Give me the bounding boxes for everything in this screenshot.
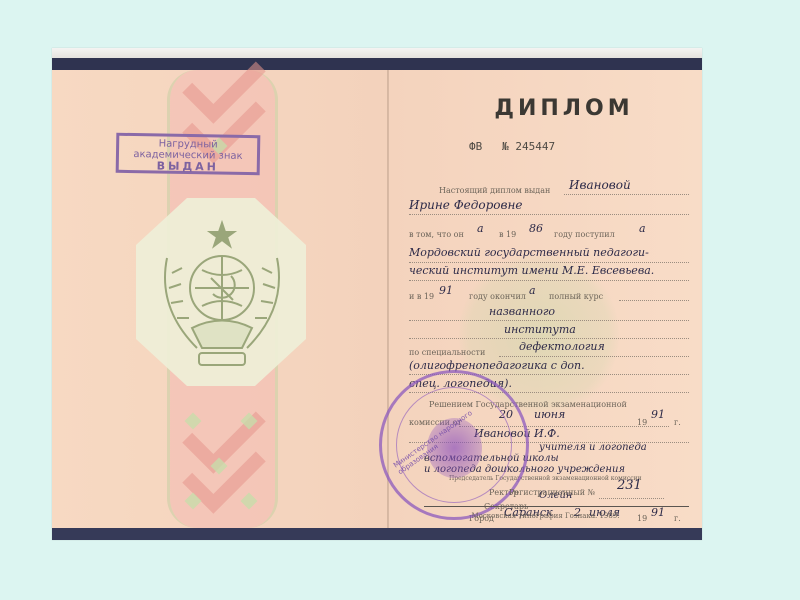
page-edge bbox=[52, 48, 702, 58]
bottom-rule bbox=[424, 506, 689, 507]
printer-imprint: Московская типография Гознака. 1989. bbox=[389, 512, 702, 520]
cover-band-bottom bbox=[52, 528, 702, 540]
award-stamp: Нагрудный академический знак ВЫДАН bbox=[116, 133, 261, 176]
cover-band-top bbox=[52, 58, 702, 70]
diploma-document: Нагрудный академический знак ВЫДАН ДИПЛО… bbox=[52, 48, 702, 540]
registration-number: 231 bbox=[617, 478, 642, 493]
ussr-coat-of-arms-icon bbox=[147, 218, 297, 378]
right-page-footer: Регистрационный № 231 Московская типогра… bbox=[389, 70, 702, 528]
registration-label: Регистрационный № bbox=[509, 488, 595, 497]
left-page: Нагрудный академический знак ВЫДАН bbox=[52, 70, 388, 528]
